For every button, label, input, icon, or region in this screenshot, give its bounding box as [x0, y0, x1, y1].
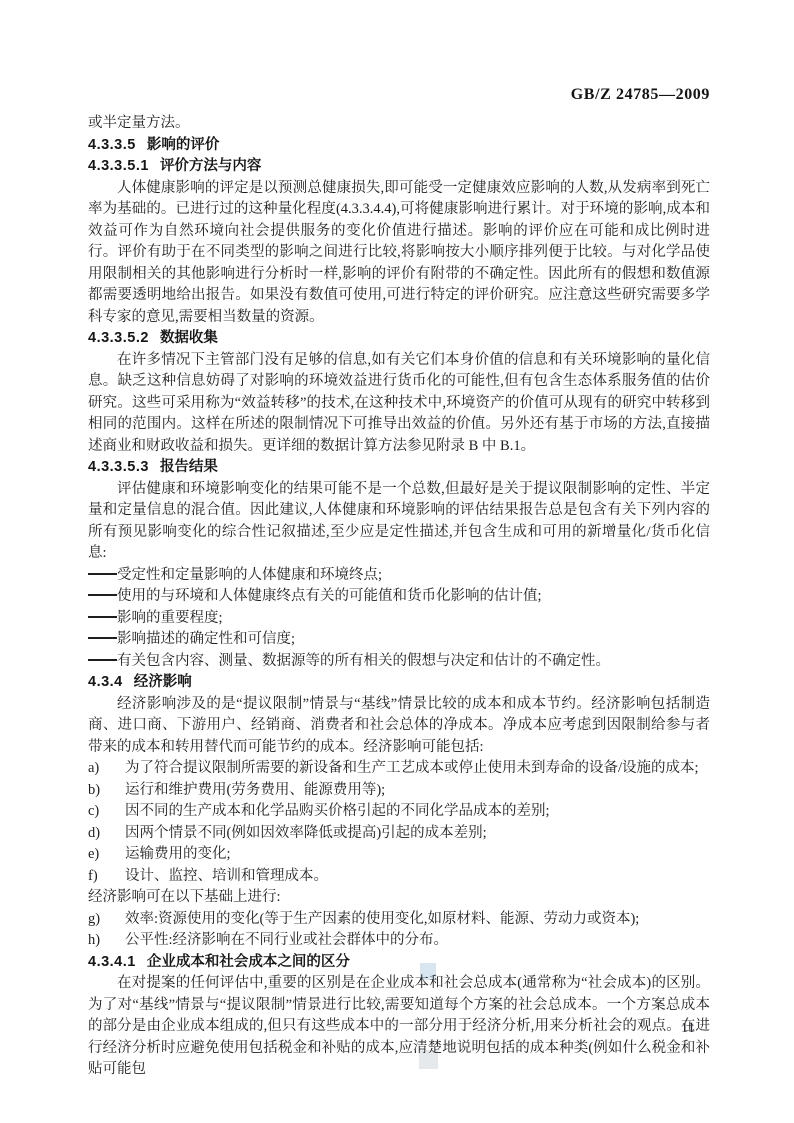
list-item-letter: a) [88, 758, 125, 780]
list-item-text: 运行和维护费用(劳务费用、能源费用等); [125, 780, 710, 802]
heading-number: 4.3.4.1 [88, 954, 136, 970]
lettered-list-item: g)效率:资源使用的变化(等于生产因素的使用变化,如原材料、能源、劳动力或资本)… [88, 909, 710, 931]
lettered-list-item: c)因不同的生产成本和化学品购买价格引起的不同化学品成本的差别; [88, 801, 710, 823]
lettered-list-item: f)设计、监控、培训和管理成本。 [88, 866, 710, 888]
heading-economic-impact: 4.3.4经济影响 [88, 672, 710, 694]
heading-method-content: 4.3.3.5.1评价方法与内容 [88, 156, 710, 178]
list-item-letter: d) [88, 823, 125, 845]
list-item-text: 因两个情景不同(例如因效率降低或提高)引起的成本差别; [125, 823, 710, 845]
heading-number: 4.3.3.5.3 [88, 459, 149, 475]
lettered-list-item: d)因两个情景不同(例如因效率降低或提高)引起的成本差别; [88, 823, 710, 845]
heading-title: 影响的评价 [147, 137, 220, 153]
paragraph: 人体健康影响的评定是以预测总健康损失,即可能受一定健康效应影响的人数,从发病率到… [88, 178, 710, 329]
list-item-text: 运输费用的变化; [125, 844, 710, 866]
dash-bullet-icon [88, 573, 117, 575]
heading-title: 经济影响 [134, 674, 192, 690]
dash-list-item: 有关包含内容、测量、数据源等的所有相关的假想与决定和估计的不确定性。 [88, 651, 710, 673]
list-item-text: 效率:资源使用的变化(等于生产因素的使用变化,如原材料、能源、劳动力或资本); [125, 909, 710, 931]
page-content: 或半定量方法。 4.3.3.5影响的评价 4.3.3.5.1评价方法与内容 人体… [88, 113, 710, 1081]
paragraph: 在许多情况下主管部门没有足够的信息,如有关它们本身价值的信息和有关环境影响的量化… [88, 350, 710, 458]
heading-number: 4.3.3.5.1 [88, 158, 149, 174]
paragraph: 经济影响可在以下基础上进行: [88, 887, 710, 909]
lettered-list-item: b)运行和维护费用(劳务费用、能源费用等); [88, 780, 710, 802]
paragraph: 评估健康和环境影响变化的结果可能不是一个总数,但最好是关于提议限制影响的定性、半… [88, 479, 710, 565]
dash-bullet-icon [88, 594, 117, 596]
heading-cost-distinction: 4.3.4.1企业成本和社会成本之间的区分 [88, 952, 710, 974]
heading-title: 企业成本和社会成本之间的区分 [147, 954, 350, 970]
dash-bullet-icon [88, 659, 117, 661]
heading-number: 4.3.4 [88, 674, 123, 690]
dash-item-text: 影响的重要程度; [117, 610, 223, 626]
list-item-letter: c) [88, 801, 125, 823]
list-item-letter: h) [88, 930, 125, 952]
heading-number: 4.3.3.5 [88, 137, 136, 153]
page-number: 11 [88, 1020, 695, 1037]
list-item-letter: b) [88, 780, 125, 802]
list-item-letter: f) [88, 866, 125, 888]
heading-impact-evaluation: 4.3.3.5影响的评价 [88, 135, 710, 157]
page-header: GB/Z 24785—2009 [88, 86, 710, 104]
dash-item-text: 受定性和定量影响的人体健康和环境终点; [117, 567, 382, 583]
dash-item-text: 使用的与环境和人体健康终点有关的可能值和货币化影响的估计值; [117, 588, 542, 604]
lettered-list-item: e)运输费用的变化; [88, 844, 710, 866]
dash-list-item: 影响的重要程度; [88, 608, 710, 630]
standard-code: GB/Z 24785—2009 [571, 86, 710, 103]
heading-title: 报告结果 [160, 459, 218, 475]
lettered-list-item: h)公平性:经济影响在不同行业或社会群体中的分布。 [88, 930, 710, 952]
dash-item-text: 影响描述的确定性和可信度; [117, 631, 295, 647]
dash-item-text: 有关包含内容、测量、数据源等的所有相关的假想与决定和估计的不确定性。 [117, 653, 610, 669]
heading-number: 4.3.3.5.2 [88, 330, 149, 346]
lettered-list-item: a)为了符合提议限制所需要的新设备和生产工艺成本或停止使用未到寿命的设备/设施的… [88, 758, 710, 780]
heading-title: 数据收集 [160, 330, 218, 346]
list-item-text: 为了符合提议限制所需要的新设备和生产工艺成本或停止使用未到寿命的设备/设施的成本… [125, 758, 710, 780]
heading-title: 评价方法与内容 [160, 158, 262, 174]
heading-report-results: 4.3.3.5.3报告结果 [88, 457, 710, 479]
dash-bullet-icon [88, 637, 117, 639]
list-item-letter: g) [88, 909, 125, 931]
dash-list-item: 受定性和定量影响的人体健康和环境终点; [88, 565, 710, 587]
document-page: GB/Z 24785—2009 或半定量方法。 4.3.3.5影响的评价 4.3… [0, 0, 794, 1123]
paragraph: 经济影响涉及的是“提议限制”情景与“基线”情景比较的成本和成本节约。经济影响包括… [88, 694, 710, 759]
list-item-text: 设计、监控、培训和管理成本。 [125, 866, 710, 888]
list-item-text: 公平性:经济影响在不同行业或社会群体中的分布。 [125, 930, 710, 952]
dash-bullet-icon [88, 616, 117, 618]
dash-list-item: 影响描述的确定性和可信度; [88, 629, 710, 651]
list-item-text: 因不同的生产成本和化学品购买价格引起的不同化学品成本的差别; [125, 801, 710, 823]
dash-list-item: 使用的与环境和人体健康终点有关的可能值和货币化影响的估计值; [88, 586, 710, 608]
heading-data-collection: 4.3.3.5.2数据收集 [88, 328, 710, 350]
list-item-letter: e) [88, 844, 125, 866]
paragraph-continuation: 或半定量方法。 [88, 113, 710, 135]
